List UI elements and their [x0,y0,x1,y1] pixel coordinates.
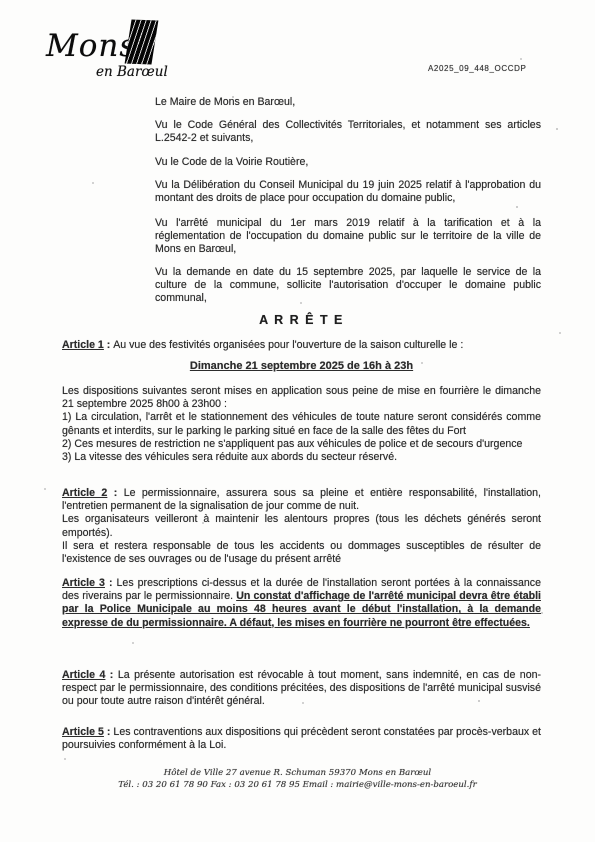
scanned-document-page: Mons en Barœul A2025_09_448_OCCDP Le Mai… [0,0,595,842]
article-2-line-3: Il sera et restera responsable de tous l… [62,540,541,566]
article-5-label: Article 5 [62,726,104,738]
preamble-clause-4: Vu l'arrêté municipal du 1er mars 2019 r… [155,217,541,257]
document-reference: A2025_09_448_OCCDP [428,64,526,73]
article-2-label: Article 2 [62,487,107,499]
article-5-paragraph: Article 5 : Les contraventions aux dispo… [62,726,541,752]
article-2-line-2: Les organisateurs veilleront à maintenir… [62,513,541,539]
preamble-clause-5: Vu la demande en date du 15 septembre 20… [155,266,541,306]
provision-item-2: 2) Ces mesures de restriction ne s'appli… [62,438,541,451]
preamble-clause-3: Vu la Délibération du Conseil Municipal … [155,179,541,205]
preamble-clause-2: Vu le Code de la Voirie Routière, [155,156,541,169]
article-2-line-1: Article 2 : Le permissionnaire, assurera… [62,487,541,513]
article-1-provisions: Les dispositions suivantes seront mises … [62,385,541,464]
article-3-label: Article 3 [62,577,105,589]
letterhead-footer: Hôtel de Ville 27 avenue R. Schuman 5937… [0,768,595,791]
article-1-label: Article 1 [62,339,104,351]
article-1-text: Au vue des festivités organisées pour l'… [113,339,463,351]
provision-item-1: 1) La circulation, l'arrêt et le station… [62,411,541,437]
logo-city-suffix: en Barœul [96,64,168,80]
arrete-heading: A R R Ê T E [62,313,541,327]
scan-noise [0,0,2,2]
logo-tower-icon [125,20,159,65]
article-2-paragraph: Article 2 : Le permissionnaire, assurera… [62,487,541,566]
logo-city-name: Mons [46,28,136,64]
article-4-paragraph: Article 4 : La présente autorisation est… [62,669,541,709]
article-3-paragraph: Article 3 : Les prescriptions ci-dessus … [62,577,541,630]
preamble-opening: Le Maire de Mons en Barœul, [155,96,541,109]
provisions-intro: Les dispositions suivantes seront mises … [62,385,541,411]
city-logo: Mons en Barœul [44,20,224,90]
article-1-paragraph: Article 1 : Au vue des festivités organi… [62,339,541,352]
footer-contact: Tél. : 03 20 61 78 90 Fax : 03 20 61 78 … [0,780,595,792]
provision-item-3: 3) La vitesse des véhicules sera réduite… [62,451,541,464]
event-date-line: Dimanche 21 septembre 2025 de 16h à 23h [62,360,541,372]
footer-address: Hôtel de Ville 27 avenue R. Schuman 5937… [0,768,595,780]
preamble-clause-1: Vu le Code Général des Collectivités Ter… [155,119,541,145]
article-4-label: Article 4 [62,669,105,681]
